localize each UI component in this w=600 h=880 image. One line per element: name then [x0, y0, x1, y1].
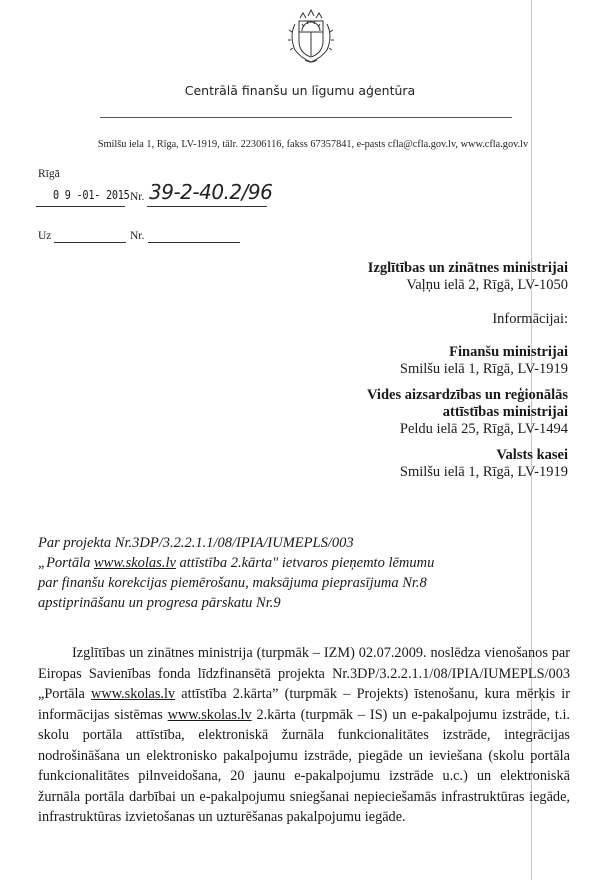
subject-line-1: Par projekta Nr.3DP/3.2.2.1.1/08/IPIA/IU…: [38, 533, 434, 553]
info-label: Informācijai:: [492, 311, 568, 328]
body-link-skolas-1[interactable]: www.skolas.lv: [91, 686, 175, 702]
registration-date-stamp: 0 9 -01- 2015: [53, 188, 130, 202]
recipient-main-address: Vaļņu ielā 2, Rīgā, LV-1050: [368, 277, 568, 294]
registration-nr-label: Nr.: [130, 191, 144, 203]
letter-body: Izglītības un zinātnes ministrija (turpm…: [38, 643, 570, 828]
place-label: Rīgā: [38, 168, 60, 180]
reference-uz-blank: [54, 232, 126, 243]
recipient-info-2: Vides aizsardzības un reģionālās attīstī…: [367, 387, 568, 438]
subject-line-2: „Portāla www.skolas.lv attīstība 2.kārta…: [38, 553, 434, 573]
registration-nr-handwritten: 39-2-40.2/96: [149, 180, 272, 204]
body-paragraph-1: Izglītības un zinātnes ministrija (turpm…: [38, 643, 570, 828]
recipient-info-1-address: Smilšu ielā 1, Rīgā, LV-1919: [400, 361, 568, 378]
recipient-info-1: Finanšu ministrijai Smilšu ielā 1, Rīgā,…: [400, 344, 568, 378]
recipient-info-2-address: Peldu ielā 25, Rīgā, LV-1494: [367, 421, 568, 438]
header-divider: [100, 117, 512, 118]
recipient-info-3: Valsts kasei Smilšu ielā 1, Rīgā, LV-191…: [400, 447, 568, 481]
letter-subject: Par projekta Nr.3DP/3.2.2.1.1/08/IPIA/IU…: [38, 533, 434, 613]
subject-text: „Portāla: [38, 555, 94, 571]
reference-uz-label: Uz: [38, 230, 51, 242]
agency-name: Centrālā finanšu un līgumu aģentūra: [0, 83, 600, 98]
recipient-main-name: Izglītības un zinātnes ministrijai: [368, 260, 568, 276]
recipient-info-2-name-line1: Vides aizsardzības un reģionālās: [367, 387, 568, 403]
subject-line-4: apstiprināšanu un progresa pārskatu Nr.9: [38, 593, 434, 613]
coat-of-arms-icon: [285, 8, 337, 66]
recipient-info-1-name: Finanšu ministrijai: [449, 344, 568, 360]
reference-nr-blank: [148, 232, 240, 243]
agency-contact-line: Smilšu iela 1, Rīga, LV-1919, tālr. 2230…: [0, 139, 600, 150]
body-link-skolas-2[interactable]: www.skolas.lv: [168, 707, 252, 723]
recipient-info-3-address: Smilšu ielā 1, Rīgā, LV-1919: [400, 464, 568, 481]
subject-line-3: par finanšu korekcijas piemērošanu, maks…: [38, 573, 434, 593]
subject-link-skolas[interactable]: www.skolas.lv: [94, 555, 176, 571]
subject-text: attīstība 2.kārta" ietvaros pieņemto lēm…: [176, 555, 434, 571]
recipient-info-3-name: Valsts kasei: [496, 447, 568, 463]
recipient-main: Izglītības un zinātnes ministrijai Vaļņu…: [368, 260, 568, 294]
body-text: 2.kārta (turpmāk – IS) un e-pakalpojumu …: [38, 707, 570, 826]
reference-nr-label: Nr.: [130, 230, 144, 242]
recipient-info-2-name-line2: attīstības ministrijai: [443, 404, 568, 420]
